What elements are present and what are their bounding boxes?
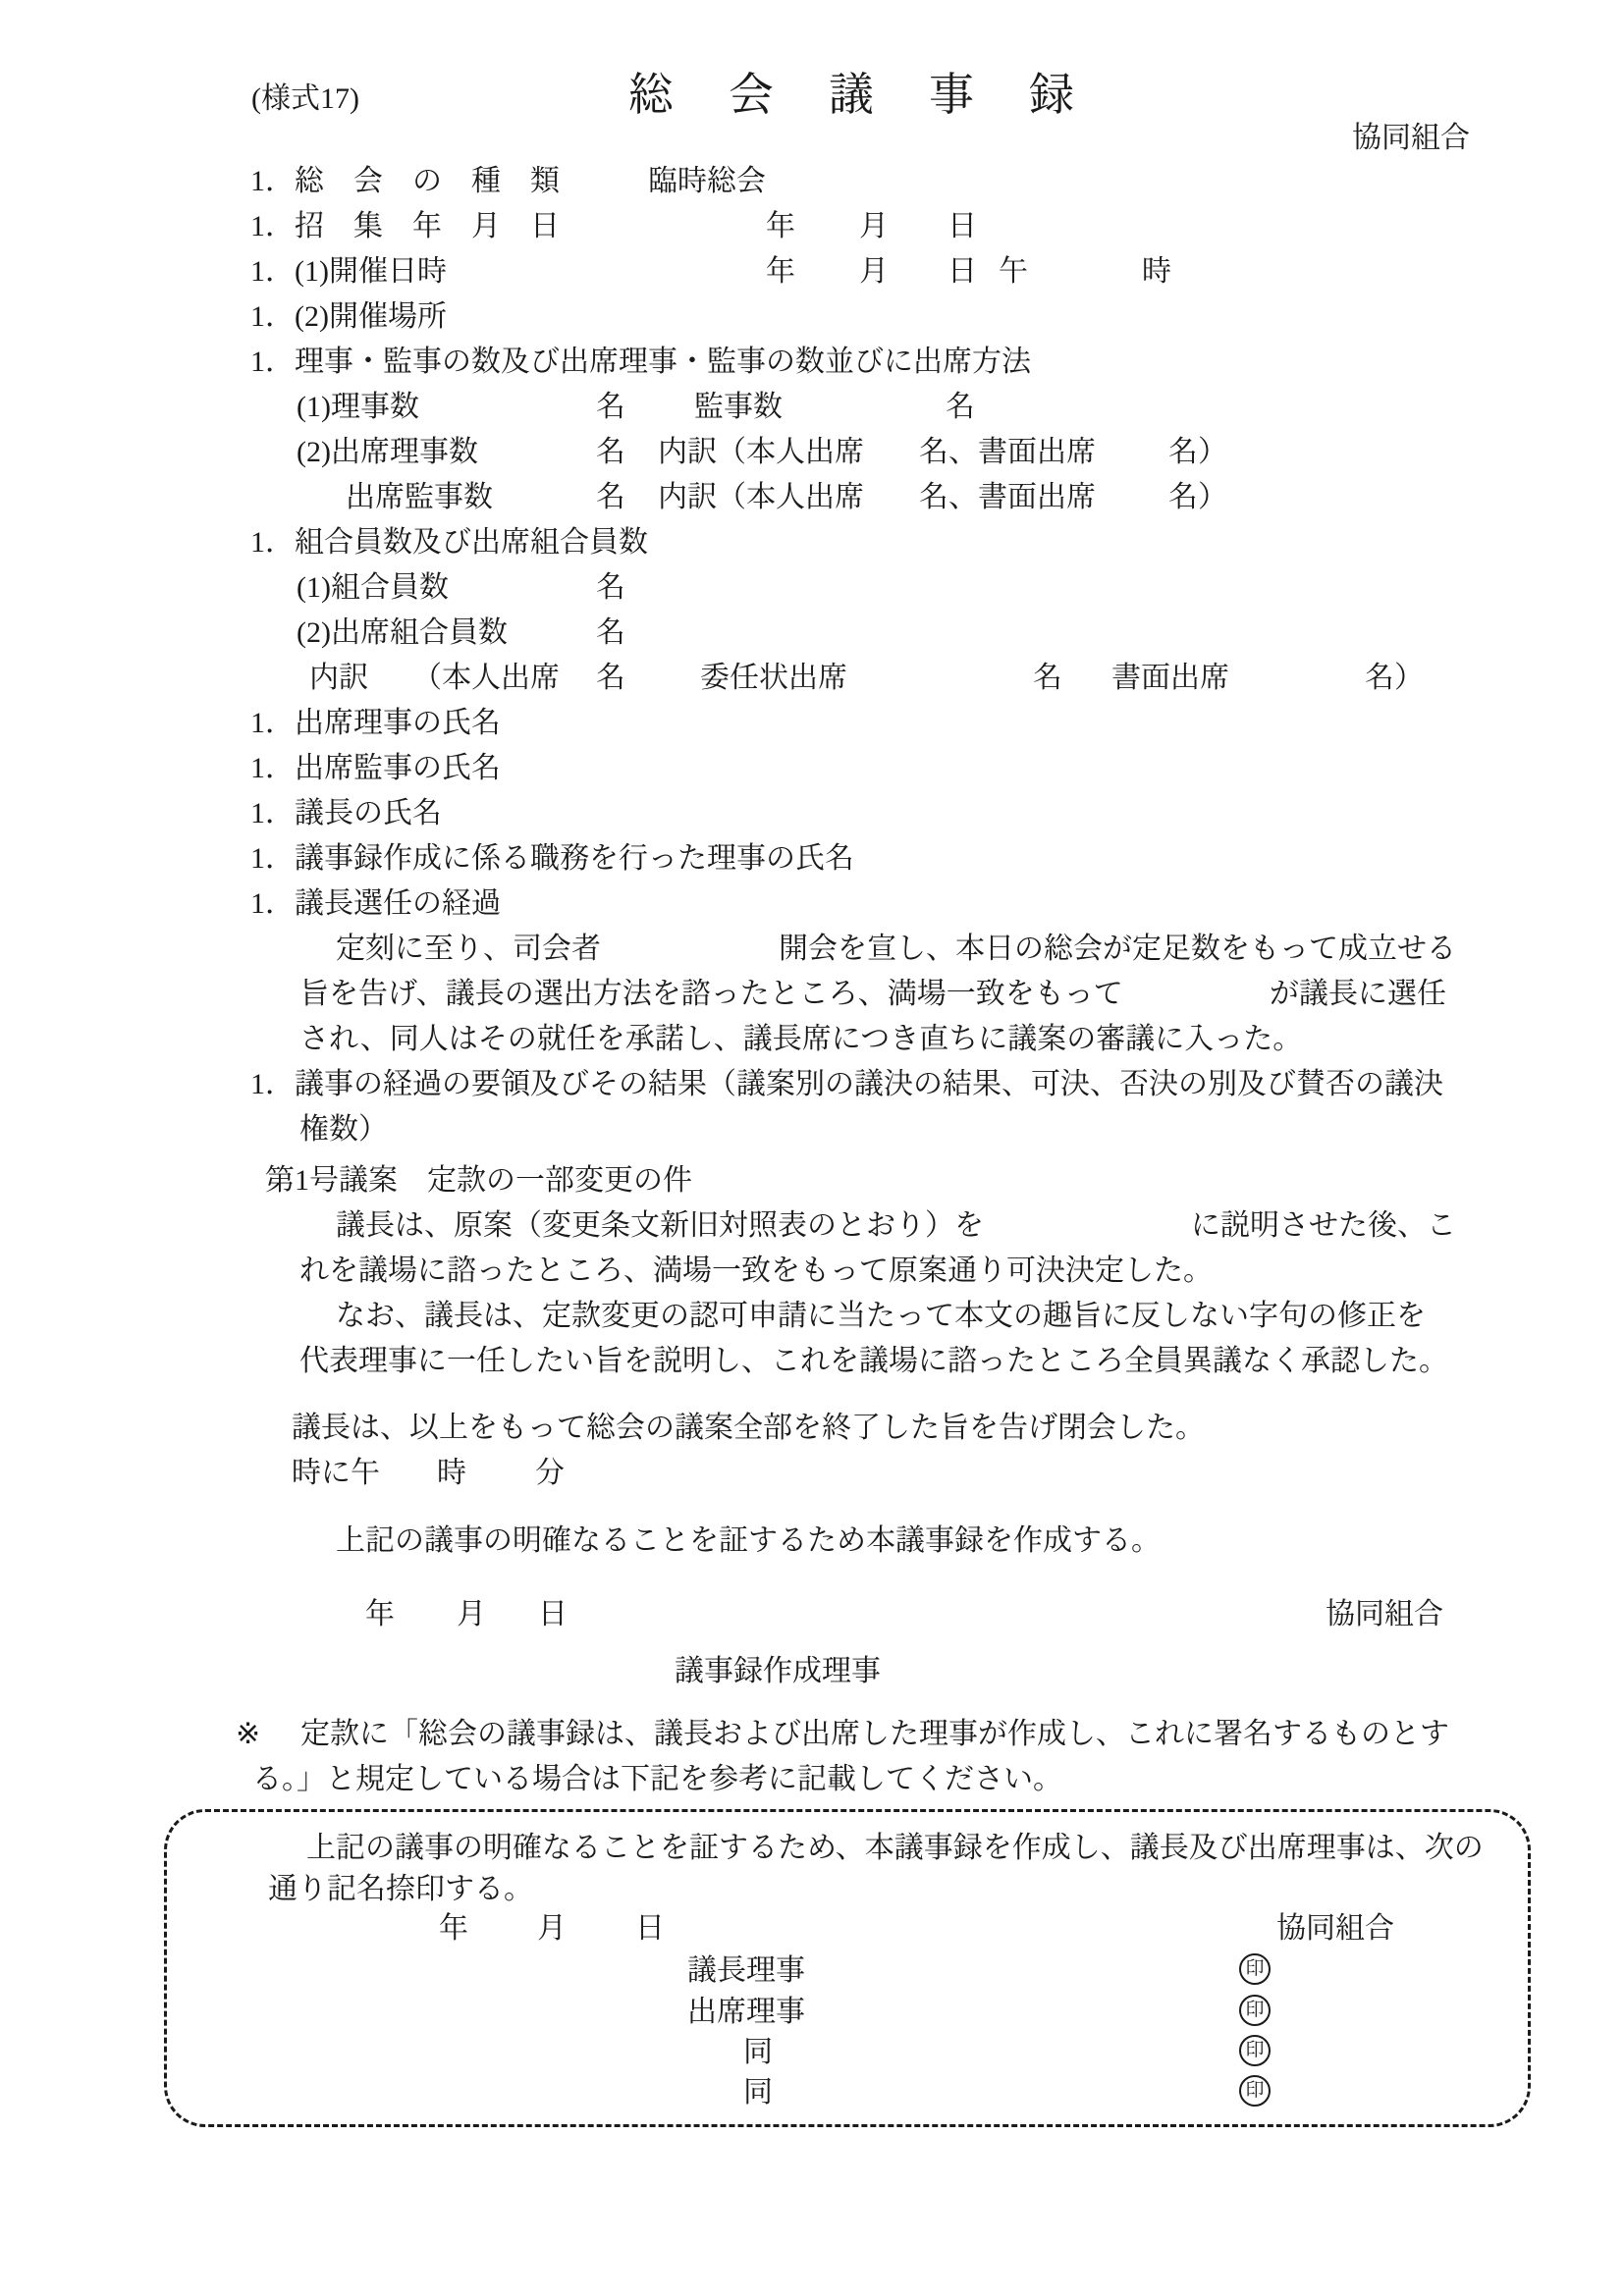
attending-auditors-label: 出席監事数 xyxy=(346,483,493,512)
month-field: 月 xyxy=(537,1914,567,1944)
meeting-type-text: 1．総 会 の 種 類 臨時総会 xyxy=(250,167,766,196)
agenda-p4-text: 代表理事に一任したい旨を説明し、これを議場に諮ったところ全員異議なく承認した。 xyxy=(299,1347,1448,1376)
agenda-p1: 議長は、原案（変更条文新旧対照表のとおり）をに説明させた後、こ xyxy=(0,1211,1624,1247)
minutes-director-title-text: 議事録作成理事 xyxy=(675,1657,881,1686)
closing-p1-text: 議長は、以上をもって総会の議案全部を終了した旨を告げ閉会した。 xyxy=(292,1414,1205,1443)
agenda-item-1: 第1号議案 定款の一部変更の件 xyxy=(0,1166,1624,1201)
stamp-icon: 印 xyxy=(1239,2035,1271,2066)
attending-members-label: (2)出席組合員数 xyxy=(297,618,508,648)
closing-time: 時に午時分 xyxy=(0,1459,1624,1494)
directors-count-label: (1)理事数 xyxy=(297,393,419,422)
agenda-p3: なお、議長は、定款変更の認可申請に当たって本文の趣旨に反しない字句の修正を xyxy=(0,1302,1624,1337)
election-p1-a: 定刻に至り、司会者 xyxy=(336,934,601,964)
written-label: 書面出席 xyxy=(1111,664,1229,693)
attending-members-count: (2)出席組合員数名 xyxy=(0,618,1624,654)
agenda-item-1-title: 第1号議案 定款の一部変更の件 xyxy=(265,1166,692,1196)
attending-auditors: 出席監事数名内訳（本人出席名、書面出席名） xyxy=(0,483,1624,518)
box-date-org: 年月日協同組合 xyxy=(0,1914,1624,1949)
attending-auditors-names: 1．出席監事の氏名 xyxy=(0,754,1624,789)
agenda-p2: れを議場に諮ったところ、満場一致をもって原案通り可決決定した。 xyxy=(0,1256,1624,1292)
month-field: 月 xyxy=(457,1600,486,1629)
sign-ditto-1: 同印 xyxy=(0,2038,1624,2073)
attestation-text: 上記の議事の明確なることを証するため本議事録を作成する。 xyxy=(336,1526,1161,1556)
form-number-label: (様式17) xyxy=(251,84,359,114)
sign-chairman-director: 議長理事印 xyxy=(0,1956,1624,1992)
date-org-line: 年月日協同組合 xyxy=(0,1600,1624,1635)
officers-header: 1．理事・監事の数及び出席理事・監事の数並びに出席方法 xyxy=(0,347,1624,383)
box-attestation-p2-text: 通り記名捺印する。 xyxy=(268,1875,533,1904)
attestation: 上記の議事の明確なることを証するため本議事録を作成する。 xyxy=(0,1526,1624,1562)
day-field: 日 xyxy=(538,1600,568,1629)
count-field: 名） xyxy=(1168,483,1227,512)
agenda-p1-b: に説明させた後、こ xyxy=(1191,1211,1456,1241)
chairman-election-p1: 定刻に至り、司会者開会を宣し、本日の総会が定足数をもって成立せる xyxy=(0,934,1624,970)
proceedings-header-2-text: 権数） xyxy=(299,1115,388,1145)
officers-header-text: 1．理事・監事の数及び出席理事・監事の数並びに出席方法 xyxy=(250,347,1031,377)
sign-label: 同 xyxy=(743,2038,773,2067)
minutes-director-title: 議事録作成理事 xyxy=(0,1657,1624,1692)
day-field: 日 xyxy=(635,1914,665,1944)
attending-directors: (2)出席理事数名内訳（本人出席名、書面出席名） xyxy=(0,438,1624,473)
chairman-election-p2: 旨を告げ、議長の選出方法を諮ったところ、満場一致をもってが議長に選任 xyxy=(0,980,1624,1015)
chairman-name-text: 1．議長の氏名 xyxy=(250,799,442,828)
sign-label: 議長理事 xyxy=(687,1956,805,1986)
count-field: 名 xyxy=(596,664,625,693)
count-field: 名） xyxy=(1168,438,1227,467)
members-header-text: 1．組合員数及び出席組合員数 xyxy=(250,528,648,558)
proxy-label: 委任状出席 xyxy=(700,664,847,693)
noon-field: 午 xyxy=(999,257,1028,287)
hour-field: 時 xyxy=(1142,257,1171,287)
sign-attending-director: 出席理事印 xyxy=(0,1998,1624,2033)
stamp-icon: 印 xyxy=(1239,1953,1271,1985)
count-field: 名 xyxy=(596,483,625,512)
breakdown-label: 内訳 xyxy=(309,664,368,693)
attending-directors-names: 1．出席理事の氏名 xyxy=(0,709,1624,744)
year-field: 年 xyxy=(766,212,795,241)
members-header: 1．組合員数及び出席組合員数 xyxy=(0,528,1624,563)
agenda-p4: 代表理事に一任したい旨を説明し、これを議場に諮ったところ全員異議なく承認した。 xyxy=(0,1347,1624,1382)
form-number: (様式17) xyxy=(0,84,1624,120)
count-field: 名 xyxy=(596,573,625,603)
month-field: 月 xyxy=(859,257,889,287)
attending-directors-label: (2)出席理事数 xyxy=(297,438,478,467)
note-p2-text: る。」と規定している場合は下記を参考に記載してください。 xyxy=(252,1765,1062,1794)
chairman-election-p3: され、同人はその就任を承諾し、議長席につき直ちに議案の審議に入った。 xyxy=(0,1025,1624,1060)
year-field: 年 xyxy=(439,1914,468,1944)
in-person-label: （本人出席 xyxy=(412,664,560,693)
count-field: 名 xyxy=(596,393,625,422)
count-field: 名 xyxy=(596,438,625,467)
election-p1-b: 開会を宣し、本日の総会が定足数をもって成立せる xyxy=(779,934,1456,964)
box-attestation-p1-text: 上記の議事の明確なることを証するため、本議事録を作成し、議長及び出席理事は、次の xyxy=(306,1834,1484,1863)
count-field: 名 xyxy=(596,618,625,648)
day-field: 日 xyxy=(947,212,977,241)
closing-time-label: 時に午 xyxy=(292,1459,380,1488)
note-p1: ※定款に「総会の議事録は、議長および出席した理事が作成し、これに署名するものとす xyxy=(0,1720,1624,1755)
minutes-director-name-text: 1．議事録作成に係る職務を行った理事の氏名 xyxy=(250,844,854,874)
election-p3-text: され、同人はその就任を承諾し、議長席につき直ちに議案の審議に入った。 xyxy=(299,1025,1302,1054)
org-suffix: 協同組合 xyxy=(1276,1914,1394,1944)
minute-field: 分 xyxy=(535,1459,565,1488)
agenda-p3-text: なお、議長は、定款変更の認可申請に当たって本文の趣旨に反しない字句の修正を xyxy=(336,1302,1426,1331)
month-field: 月 xyxy=(859,212,889,241)
minutes-director-name: 1．議事録作成に係る職務を行った理事の氏名 xyxy=(0,844,1624,880)
sign-label: 同 xyxy=(743,2078,773,2108)
members-count: (1)組合員数名 xyxy=(0,573,1624,609)
convocation-label: 1．招 集 年 月 日 xyxy=(250,212,560,241)
breakdown-label: 内訳（本人出席 xyxy=(658,438,864,467)
day-field: 日 xyxy=(947,257,977,287)
count-field: 名、書面出席 xyxy=(919,438,1096,467)
meeting-type: 1．総 会 の 種 類 臨時総会 xyxy=(0,167,1624,202)
meeting-datetime: 1．(1)開催日時年月日午時 xyxy=(0,257,1624,293)
count-field: 名 xyxy=(946,393,975,422)
members-count-label: (1)組合員数 xyxy=(297,573,449,603)
attending-directors-names-text: 1．出席理事の氏名 xyxy=(250,709,501,738)
org-suffix: 協同組合 xyxy=(1326,1600,1443,1629)
sign-ditto-2: 同印 xyxy=(0,2078,1624,2113)
stamp-icon: 印 xyxy=(1239,1995,1271,2026)
sign-label: 出席理事 xyxy=(687,1998,805,2027)
count-field: 名 xyxy=(1033,664,1062,693)
convocation-date: 1．招 集 年 月 日年月日 xyxy=(0,212,1624,247)
note-p2: る。」と規定している場合は下記を参考に記載してください。 xyxy=(0,1765,1624,1800)
box-attestation-p2: 通り記名捺印する。 xyxy=(0,1875,1624,1910)
election-p2-a: 旨を告げ、議長の選出方法を諮ったところ、満場一致をもって xyxy=(299,980,1123,1009)
year-field: 年 xyxy=(365,1600,395,1629)
place-label: 1．(2)開催場所 xyxy=(250,302,447,332)
note-p1-text: 定款に「総会の議事録は、議長および出席した理事が作成し、これに署名するものとす xyxy=(300,1720,1449,1749)
election-p2-b: が議長に選任 xyxy=(1270,980,1446,1009)
count-field: 名） xyxy=(1365,664,1424,693)
directors-count: (1)理事数名監事数名 xyxy=(0,393,1624,428)
attendance-breakdown: 内訳（本人出席名委任状出席名書面出席名） xyxy=(0,664,1624,699)
agenda-p1-a: 議長は、原案（変更条文新旧対照表のとおり）を xyxy=(336,1211,984,1241)
org-suffix-top: 協同組合 xyxy=(1352,124,1470,153)
datetime-label: 1．(1)開催日時 xyxy=(250,257,447,287)
closing-p1: 議長は、以上をもって総会の議案全部を終了した旨を告げ閉会した。 xyxy=(0,1414,1624,1449)
document-page: 総会議事録 協同組合 (様式17)1．総 会 の 種 類 臨時総会1．招 集 年… xyxy=(0,0,1624,2296)
auditors-count-label: 監事数 xyxy=(694,393,783,422)
box-attestation-p1: 上記の議事の明確なることを証するため、本議事録を作成し、議長及び出席理事は、次の xyxy=(0,1834,1624,1869)
attending-auditors-names-text: 1．出席監事の氏名 xyxy=(250,754,501,783)
chairman-name: 1．議長の氏名 xyxy=(0,799,1624,834)
proceedings-header: 1．議事の経過の要領及びその結果（議案別の議決の結果、可決、否決の別及び賛否の議… xyxy=(0,1070,1624,1105)
meeting-place: 1．(2)開催場所 xyxy=(0,302,1624,338)
count-field: 名、書面出席 xyxy=(919,483,1096,512)
stamp-icon: 印 xyxy=(1239,2075,1271,2107)
proceedings-header-2: 権数） xyxy=(0,1115,1624,1150)
chairman-election-header: 1．議長選任の経過 xyxy=(0,889,1624,925)
hour-field: 時 xyxy=(437,1459,466,1488)
chairman-election-header-text: 1．議長選任の経過 xyxy=(250,889,501,919)
proceedings-header-text: 1．議事の経過の要領及びその結果（議案別の議決の結果、可決、否決の別及び賛否の議… xyxy=(250,1070,1443,1099)
breakdown-label: 内訳（本人出席 xyxy=(658,483,864,512)
year-field: 年 xyxy=(766,257,795,287)
note-mark-icon: ※ xyxy=(236,1720,260,1749)
agenda-p2-text: れを議場に諮ったところ、満場一致をもって原案通り可決決定した。 xyxy=(299,1256,1213,1286)
